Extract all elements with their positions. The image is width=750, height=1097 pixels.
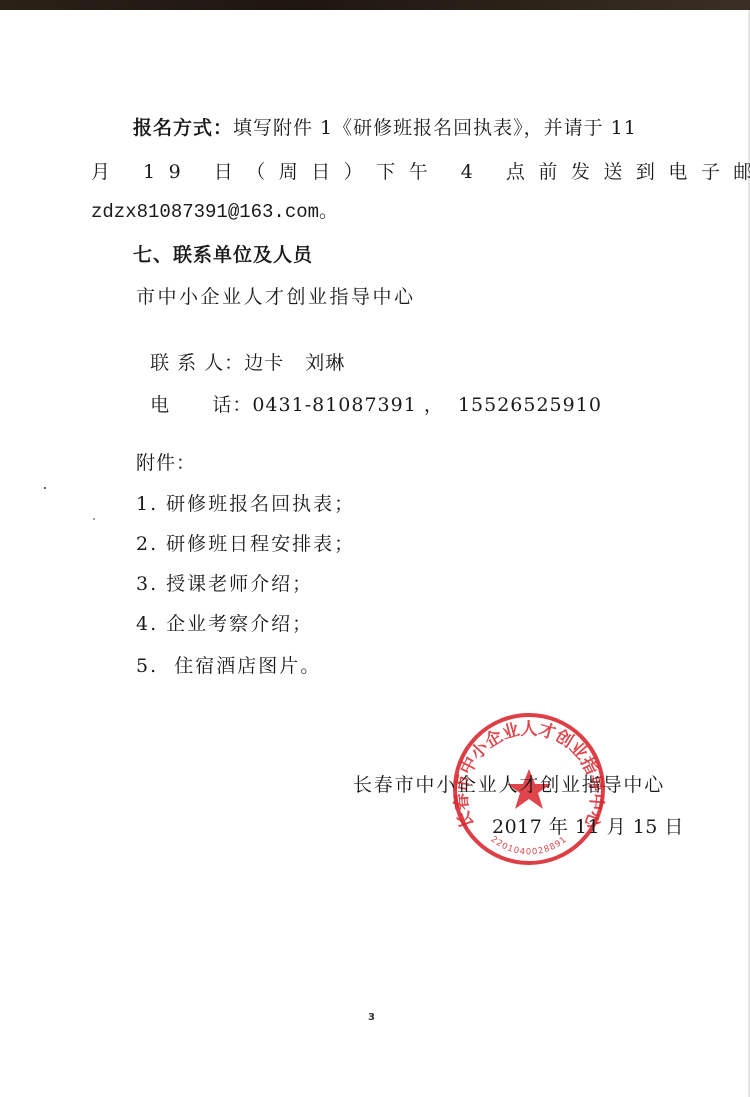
attachment-item-2: 2. 研修班日程安排表； (136, 532, 355, 556)
scan-speck (44, 487, 46, 489)
registration-text-1: 填写附件 1《研修班报名回执表》，并请于 11 (233, 117, 637, 139)
contact-heading: 七、联系单位及人员 (133, 243, 313, 267)
contact-phone-row: 电 话：0431-81087391 ， 15526525910 (136, 369, 602, 417)
page-number: 3 (368, 1012, 375, 1023)
registration-label: 报名方式： (133, 117, 233, 139)
contact-organization: 市中小企业人才创业指导中心 (136, 285, 416, 309)
scan-speck (93, 518, 95, 520)
signature-date: 2017 年 11 月 15 日 (492, 815, 684, 839)
attachment-item-3: 3. 授课老师介绍； (136, 572, 313, 596)
signature-organization: 长春市中小企业人才创业指导中心 (353, 773, 665, 797)
attachment-item-4: 4. 企业考察介绍； (136, 612, 313, 636)
scan-top-edge (0, 0, 750, 10)
attachment-item-5: 5. 住宿酒店图片。 (136, 654, 321, 678)
attachments-heading: 附件： (136, 451, 196, 475)
registration-email: zdzx81087391@163.com。 (91, 200, 338, 224)
registration-line-2: 月 19 日（周日）下午 4 点前发送到电子邮箱： (91, 160, 750, 184)
contact-people-row: 联 系 人：边卡 刘琳 (136, 327, 345, 375)
contact-phone-label: 电 话： (150, 394, 252, 416)
registration-line-1: 报名方式：填写附件 1《研修班报名回执表》，并请于 11 (133, 116, 637, 140)
attachment-item-1: 1. 研修班报名回执表； (136, 492, 355, 516)
contact-phones: 0431-81087391 ， 15526525910 (252, 394, 602, 416)
